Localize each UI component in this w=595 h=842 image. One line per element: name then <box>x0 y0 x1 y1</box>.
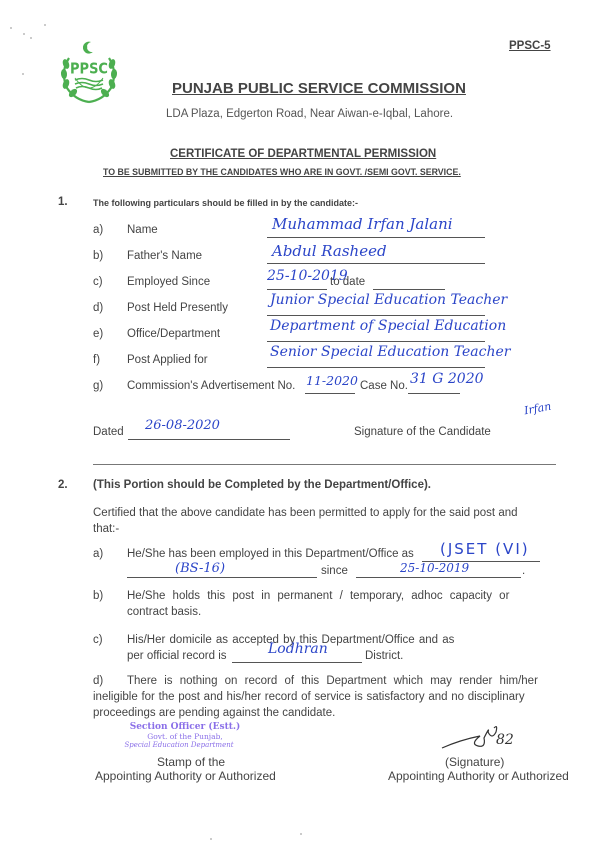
field-marker: e) <box>93 328 103 340</box>
field-label: Post Applied for <box>127 354 208 366</box>
district-value[interactable]: Lodhran <box>268 641 328 657</box>
dated-value[interactable]: 26-08-2020 <box>145 418 220 433</box>
advertisement-value[interactable]: 11-2020 <box>306 373 358 388</box>
item-d-line3: proceedings are pending against the cand… <box>93 707 335 719</box>
scan-speck <box>210 838 212 840</box>
to-date-input-line[interactable] <box>373 289 445 290</box>
since-label: since <box>321 565 348 577</box>
item-b-line1: He/She holds this post in permanent / te… <box>127 590 509 602</box>
svg-text:82: 82 <box>496 732 514 748</box>
post-applied-input-line[interactable] <box>267 367 485 368</box>
section1-number: 1. <box>58 196 68 208</box>
stamp-label: Stamp of the <box>157 755 225 769</box>
item-d-marker: d) <box>93 675 127 687</box>
advertisement-label: Commission's Advertisement No. <box>127 380 295 392</box>
to-date-label: to date <box>330 276 365 288</box>
field-marker: c) <box>93 276 103 288</box>
advertisement-input-line[interactable] <box>305 393 355 394</box>
name-value[interactable]: Muhammad Irfan Jalani <box>272 215 453 233</box>
stamp-line3: Special Education Department <box>98 741 260 749</box>
field-marker: a) <box>93 224 103 236</box>
item-a-end: . <box>522 565 525 577</box>
field-marker: b) <box>93 250 103 262</box>
item-d-line2: ineligible for the post and his/her reco… <box>93 691 525 703</box>
svg-text:PPSC: PPSC <box>70 61 108 78</box>
section2-number: 2. <box>58 479 68 491</box>
post-applied-value[interactable]: Senior Special Education Teacher <box>270 344 510 360</box>
employed-since-input-line[interactable] <box>267 289 327 290</box>
since-value[interactable]: 25-10-2019 <box>400 561 469 575</box>
official-stamp: Section Officer (Estt.) Govt. of the Pun… <box>110 722 260 749</box>
office-department-input-line[interactable] <box>267 341 485 342</box>
field-label: Post Held Presently <box>127 302 228 314</box>
scale-value[interactable]: (BS-16) <box>175 561 225 576</box>
org-address: LDA Plaza, Edgerton Road, Near Aiwan-e-I… <box>166 108 453 120</box>
case-label: Case No. <box>360 380 408 392</box>
ppsc-emblem-icon: PPSC <box>55 38 123 106</box>
dated-label: Dated <box>93 426 124 438</box>
since-input-line[interactable] <box>356 577 521 578</box>
item-d-line1: d)There is nothing on record of this Dep… <box>93 675 538 687</box>
scan-speck <box>23 33 25 35</box>
section-divider <box>93 464 556 465</box>
field-marker: g) <box>93 380 103 392</box>
appointing-authority-right: Appointing Authority or Authorized <box>388 769 569 783</box>
authority-signature[interactable]: 82 <box>440 718 530 754</box>
name-input-line[interactable] <box>267 237 485 238</box>
certification-intro: Certified that the above candidate has b… <box>93 506 533 537</box>
father-name-value[interactable]: Abdul Rasheed <box>272 242 387 260</box>
item-a-text: He/She has been employed in this Departm… <box>127 548 414 560</box>
father-name-input-line[interactable] <box>267 263 485 264</box>
item-c-line2-suffix: District. <box>365 650 403 662</box>
district-input-line[interactable] <box>232 662 362 663</box>
field-marker: d) <box>93 302 103 314</box>
scale-input-line[interactable] <box>127 577 317 578</box>
item-d-line1-text: There is nothing on record of this Depar… <box>127 675 538 687</box>
post-held-value[interactable]: Junior Special Education Teacher <box>270 292 507 308</box>
scan-speck <box>44 24 46 26</box>
item-c-line2-prefix: per official record is <box>127 650 227 662</box>
case-input-line[interactable] <box>408 393 460 394</box>
signature-scribble-icon: 82 <box>440 718 530 754</box>
post-as-value[interactable]: (JSET (VI) <box>440 540 530 558</box>
item-c-marker: c) <box>93 634 103 646</box>
field-marker: f) <box>93 354 100 366</box>
item-b-line2: contract basis. <box>127 606 201 618</box>
item-a-marker: a) <box>93 548 103 560</box>
scan-speck <box>30 37 32 39</box>
stamp-line2: Govt. of the Punjab, <box>110 732 260 741</box>
item-b-marker: b) <box>93 590 103 602</box>
org-name: PUNJAB PUBLIC SERVICE COMMISSION <box>172 80 466 97</box>
form-code: PPSC-5 <box>509 40 551 52</box>
section2-heading: (This Portion should be Completed by the… <box>93 479 431 491</box>
case-value[interactable]: 31 G 2020 <box>410 371 484 387</box>
field-label: Employed Since <box>127 276 210 288</box>
post-held-input-line[interactable] <box>267 315 485 316</box>
dated-input-line[interactable] <box>128 439 290 440</box>
field-label: Name <box>127 224 158 236</box>
signature-label: (Signature) <box>445 755 504 769</box>
field-label: Office/Department <box>127 328 220 340</box>
appointing-authority-left: Appointing Authority or Authorized <box>95 769 276 783</box>
field-label: Father's Name <box>127 250 202 262</box>
stamp-line1: Section Officer (Estt.) <box>110 722 260 732</box>
scan-speck <box>300 833 302 835</box>
office-department-value[interactable]: Department of Special Education <box>270 318 506 334</box>
candidate-signature[interactable]: Irfan <box>523 400 552 418</box>
ppsc-logo: PPSC <box>55 38 123 106</box>
certificate-subtitle: TO BE SUBMITTED BY THE CANDIDATES WHO AR… <box>103 167 461 177</box>
scan-speck <box>22 73 24 75</box>
candidate-signature-label: Signature of the Candidate <box>354 426 491 438</box>
certificate-title: CERTIFICATE OF DEPARTMENTAL PERMISSION <box>170 148 436 160</box>
section1-heading: The following particulars should be fill… <box>93 198 358 208</box>
scan-speck <box>10 27 12 29</box>
certification-intro-text: Certified that the above candidate has b… <box>93 507 518 535</box>
